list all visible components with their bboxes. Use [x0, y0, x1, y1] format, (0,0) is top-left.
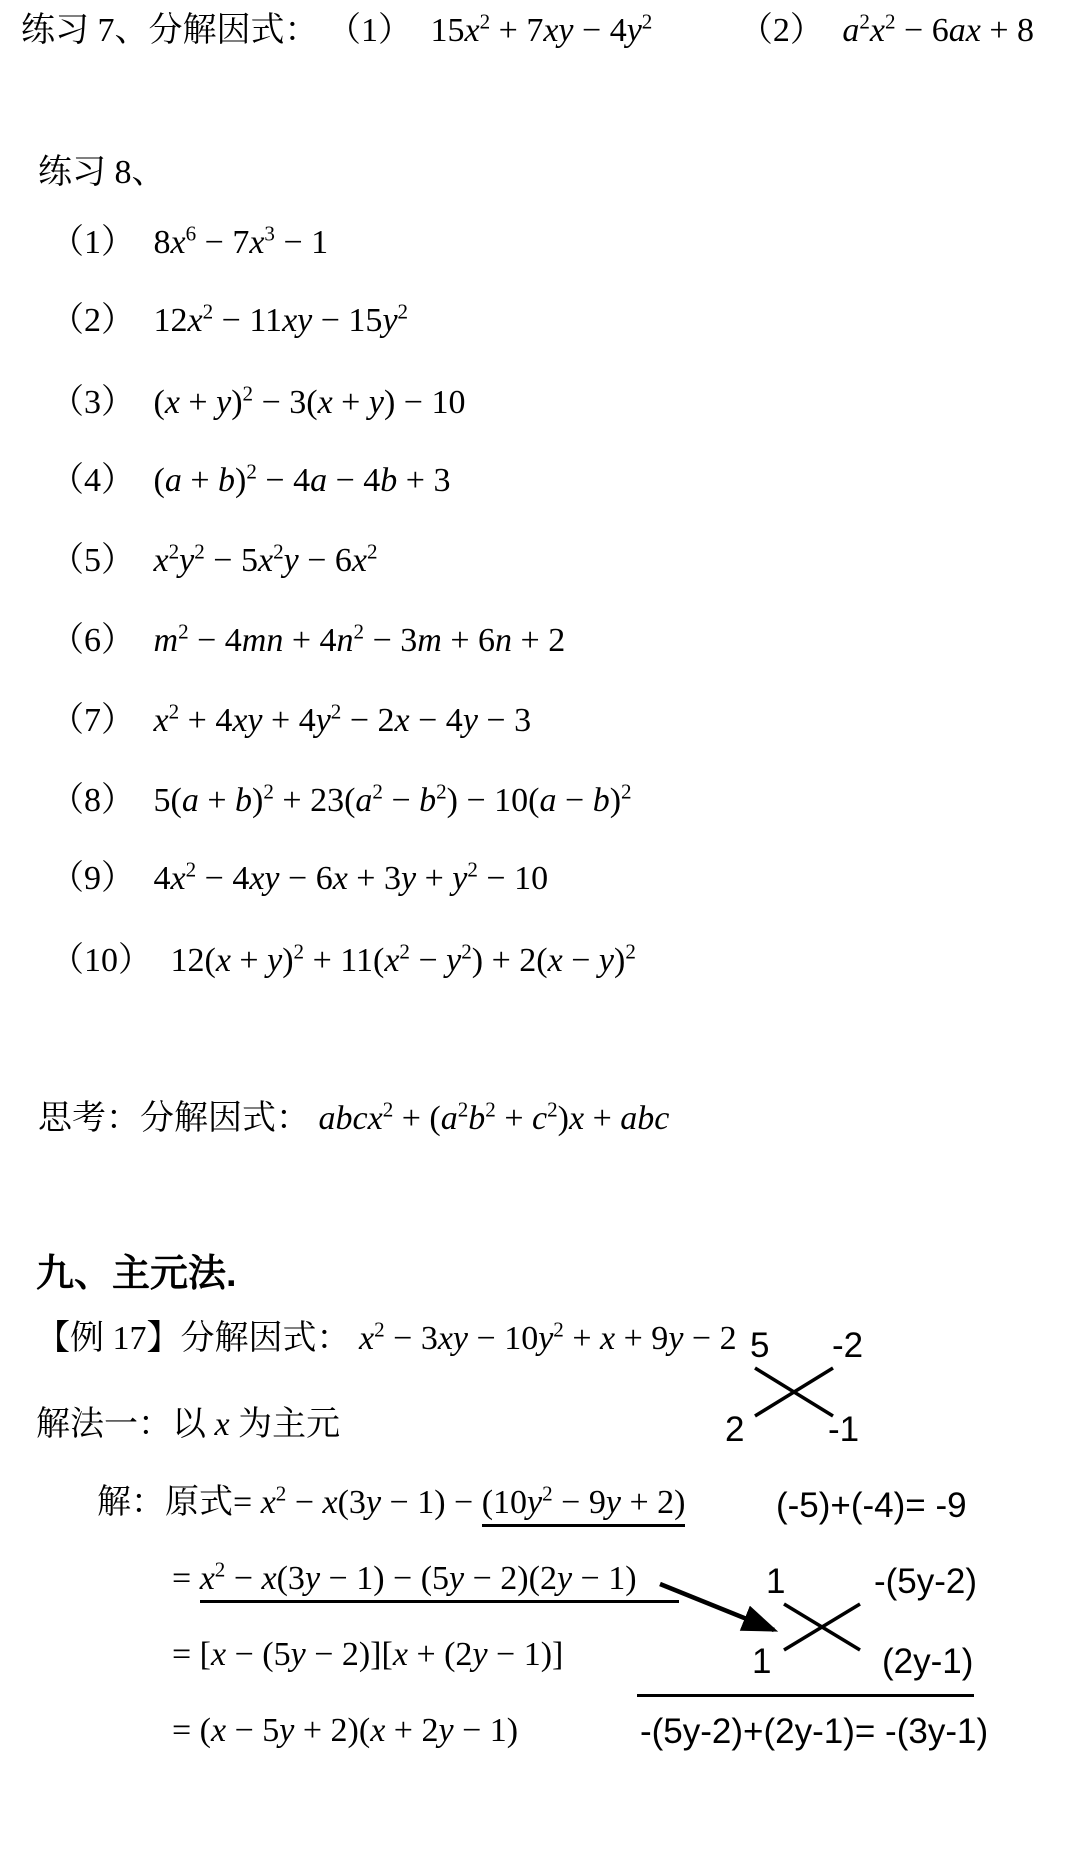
item-expression: 4x2 − 4xy − 6x + 3y + y2 − 10 — [154, 860, 549, 897]
item-expression: (x + y)2 − 3(x + y) − 10 — [154, 384, 466, 421]
cross1-bottom-left: 2 — [725, 1410, 744, 1450]
cross2-top-right: -(5y-2) — [874, 1562, 977, 1602]
exercise8-item-2: （2） 12x2 − 11xy − 15y2 — [50, 300, 408, 343]
section-heading: 九、主元法. — [36, 1242, 237, 1297]
cross2-bottom-right: (2y-1) — [882, 1642, 973, 1682]
think-label: 思考：分解因式： — [38, 1100, 310, 1137]
cross1-top-left: 5 — [750, 1326, 769, 1366]
exercise8-item-5: （5） x2y2 − 5x2y − 6x2 — [50, 540, 378, 583]
solution-line-3: = [x − (5y − 2)][x + (2y − 1)] — [172, 1634, 563, 1677]
exercise7-item1-expression: 15x2 + 7xy − 4y2 — [431, 12, 653, 49]
exercise8-item-7: （7） x2 + 4xy + 4y2 − 2x − 4y − 3 — [50, 700, 531, 743]
exercise7-label: 练习 7、分解因式： — [21, 12, 319, 49]
item-number: （7） — [50, 702, 135, 739]
exercise7-item2-expression: a2x2 − 6ax + 8 — [842, 12, 1034, 49]
method1-label: 解法一：以 x 为主元 — [36, 1406, 340, 1443]
cross1-top-right: -2 — [832, 1326, 863, 1366]
solution-line-2: = x2 − x(3y − 1) − (5y − 2)(2y − 1) — [172, 1558, 679, 1601]
solution-line2-eq: = — [172, 1560, 200, 1597]
solution-line4-text: = (x − 5y + 2)(x + 2y − 1) — [172, 1712, 518, 1749]
exercise8-item-1: （1） 8x6 − 7x3 − 1 — [50, 222, 328, 265]
method1-line: 解法一：以 x 为主元 — [36, 1404, 340, 1447]
exercise8-item-3: （3） (x + y)2 − 3(x + y) − 10 — [50, 382, 465, 425]
solution-line1-main: x2 − x(3y − 1) − — [261, 1484, 482, 1521]
item-expression: m2 − 4mn + 4n2 − 3m + 6n + 2 — [154, 622, 566, 659]
solution-line-4: = (x − 5y + 2)(x + 2y − 1) — [172, 1710, 518, 1753]
exercise8-item-6: （6） m2 − 4mn + 4n2 − 3m + 6n + 2 — [50, 620, 565, 663]
item-number: （3） — [50, 384, 135, 421]
item-expression: x2 + 4xy + 4y2 − 2x − 4y − 3 — [154, 702, 532, 739]
exercise7-item1-number: （1） — [327, 12, 412, 49]
solution-line3-text: = [x − (5y − 2)][x + (2y − 1)] — [172, 1636, 563, 1673]
cross2-bottom-left: 1 — [752, 1642, 771, 1682]
item-number: （1） — [50, 224, 135, 261]
exercise8-item-10: （10） 12(x + y)2 + 11(x2 − y2) + 2(x − y)… — [50, 940, 636, 983]
item-expression: 8x6 − 7x3 − 1 — [154, 224, 329, 261]
solution-line2-underlined: x2 − x(3y − 1) − (5y − 2)(2y − 1) — [200, 1560, 679, 1603]
think-line: 思考：分解因式： abcx2 + (a2b2 + c2)x + abc — [38, 1098, 669, 1141]
cross2-x-lines-icon — [782, 1602, 862, 1652]
cross1-bottom-right: -1 — [828, 1410, 859, 1450]
item-number: （8） — [50, 782, 135, 819]
example17-label: 【例 17】分解因式： — [36, 1320, 351, 1357]
item-number: （4） — [50, 462, 135, 499]
item-number: （2） — [50, 302, 135, 339]
example17-line: 【例 17】分解因式： x2 − 3xy − 10y2 + x + 9y − 2 — [36, 1318, 737, 1361]
item-expression: 5(a + b)2 + 23(a2 − b2) − 10(a − b)2 — [154, 782, 632, 819]
item-number: （9） — [50, 860, 135, 897]
item-number: （6） — [50, 622, 135, 659]
cross-diagram-1: 5 -2 2 -1 — [714, 1326, 894, 1448]
cross-diagram-2: 1 -(5y-2) 1 (2y-1) — [744, 1562, 984, 1684]
exercise8-label: 练习 8、 — [38, 152, 166, 195]
solution-line1-underlined: (10y2 − 9y + 2) — [482, 1484, 686, 1527]
coefficient-sum-note-2: -(5y-2)+(2y-1)= -(3y-1) — [640, 1712, 988, 1752]
exercise8-item-8: （8） 5(a + b)2 + 23(a2 − b2) − 10(a − b)2 — [50, 780, 632, 823]
item-expression: 12x2 − 11xy − 15y2 — [154, 302, 409, 339]
exercise7-item2-number: （2） — [739, 12, 824, 49]
item-expression: (a + b)2 − 4a − 4b + 3 — [154, 462, 451, 499]
cross2-top-left: 1 — [766, 1562, 785, 1602]
worksheet-page: 练习 7、分解因式： （1） 15x2 + 7xy − 4y2 （2） a2x2… — [0, 0, 1068, 1856]
think-expression: abcx2 + (a2b2 + c2)x + abc — [319, 1100, 670, 1137]
exercise8-label-text: 练习 8、 — [38, 154, 166, 191]
item-expression: x2y2 − 5x2y − 6x2 — [154, 542, 378, 579]
sum-divider-line — [637, 1694, 974, 1697]
exercise7-line: 练习 7、分解因式： （1） 15x2 + 7xy − 4y2 （2） a2x2… — [21, 10, 1034, 53]
exercise8-item-9: （9） 4x2 − 4xy − 6x + 3y + y2 − 10 — [50, 858, 548, 901]
solution-line-1: 解：原式= x2 − x(3y − 1) − (10y2 − 9y + 2) — [97, 1482, 685, 1525]
cross1-x-lines-icon — [753, 1366, 835, 1418]
item-expression: 12(x + y)2 + 11(x2 − y2) + 2(x − y)2 — [171, 942, 636, 979]
item-number: （10） — [50, 942, 152, 979]
solution-line1-prefix: 解：原式= — [97, 1484, 261, 1521]
exercise8-item-4: （4） (a + b)2 − 4a − 4b + 3 — [50, 460, 450, 503]
item-number: （5） — [50, 542, 135, 579]
example17-expression: x2 − 3xy − 10y2 + x + 9y − 2 — [359, 1320, 737, 1357]
coefficient-sum-note-1: (-5)+(-4)= -9 — [776, 1486, 967, 1526]
